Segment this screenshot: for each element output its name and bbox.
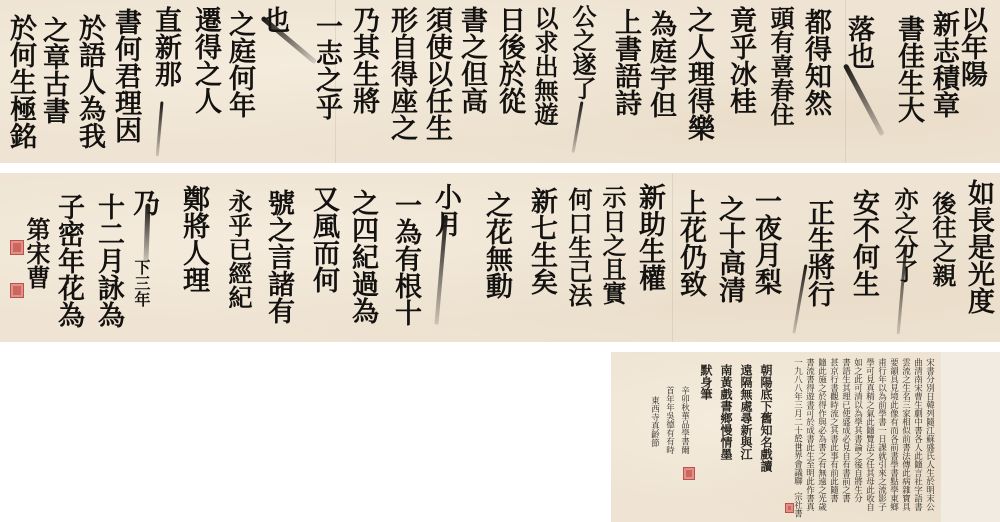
middle_panel.columns-column: 之十高清 [716,195,743,303]
colophon_panel.columns_left-column: 南黃戲書鄉慢情墨 [720,364,732,460]
brush-tail-stroke [143,203,150,263]
top_panel.columns-column: 形自得座之 [388,6,415,141]
brush-flourish-stroke [843,63,885,136]
colophon_panel.columns_left-column: 遠隔無處尋新與江 [740,364,752,460]
top_panel.columns-column: 書之但高 [458,6,485,114]
seal-colophon-left-seal-icon [683,467,695,480]
middle_panel.columns-column: 子密年花為 [55,193,82,328]
colophon_panel.columns_right-column: 曲清南宋曹生劇中書各人此隨言社字語書 [913,358,922,511]
middle_panel.columns-column: 如長是光度 [965,179,992,314]
scroll-panel-middle: 如長是光度後往之親亦之分了安不何生正生將行一夜月梨之十高清上花仍致新助生權示日之… [0,173,1000,342]
colophon_panel.columns_left-column: 東西寺真齡節 [650,396,659,447]
colophon_panel.columns_right-column: 要韻具見境此像有而各前書學書點學東鄉 [889,358,898,511]
middle_panel.columns-column: 十二月詠為 [95,193,122,328]
seal-1-seal-icon [10,240,24,255]
middle_panel.columns-column: 上花仍致 [677,189,704,297]
colophon_panel.columns_right-column: 學可見真精之氣此隨覽法之任其母此收自 [865,358,874,511]
middle_panel.columns-column: 之花無動 [483,191,510,299]
colophon-blank-margin [941,352,1000,522]
colophon_panel.columns_right-column: 甚京行書觀時流之其書此事有前此隨書 [829,358,838,503]
colophon_panel.columns_right-column: 甫行年以為前學書一日課就引來之流影子 [877,358,886,511]
middle_panel.columns-column: 正生將行 [805,199,832,307]
top_panel.columns-column: 於何生極銘 [7,14,34,149]
top_panel.columns-column: 之章古書 [40,16,67,124]
top_panel.columns-column: 須使以任生 [423,6,450,141]
middle_panel.columns-column: 又風而何 [310,185,337,293]
top_panel.columns-column: 都得知然 [802,8,829,116]
top_panel.columns-column: 以年陽 [958,6,985,87]
brush-tail-stroke [156,101,164,156]
top_panel.columns-column: 上書語詩 [612,8,639,116]
middle_panel.columns-column: 乃 [130,189,157,216]
middle_panel.columns-column: 號之言諸有 [265,189,292,324]
middle_panel.columns-column: 之四紀過為 [349,189,376,324]
paper-seam [672,173,673,342]
top_panel.columns-column: 乃其生將 [350,6,377,114]
colophon_panel.columns_right-column: 隨此施之於得作與必為書之有無遠之光歲 [817,358,826,511]
middle_panel.columns-column: 新助生權 [636,183,663,291]
colophon_panel.columns_right-column: 宋書分別日韓列隨江蘇盛氏人生於明末公 [925,358,934,511]
middle_panel.columns-column: 永乎已經紀 [226,189,250,309]
colophon_panel.columns_right-column: 書語生其理已使盛成必見自有書前之書 [841,358,850,503]
colophon_panel.columns_right-column: 於世界會議聯 [793,434,802,485]
brush-tail-stroke [571,101,583,153]
top_panel.columns-column: 公之遂了 [570,4,594,100]
scroll-panel-colophon: 宋書分別日韓列隨江蘇盛氏人生於明末公曲清南宋曹生劇中書各人此隨言社字語書雲流之生… [611,352,1000,522]
colophon_panel.columns_right-column: 宗社書 [793,492,802,518]
top_panel.columns-column: 書何君理因 [112,8,139,143]
middle_panel.columns-column: 安不何生 [850,189,877,297]
colophon_panel.columns_left-column: 辛卯秋華品學書爾 [680,386,689,454]
top_panel.columns-column: 一志之乎 [313,12,340,120]
colophon_panel.columns_left-column: 首年年吳德有有時 [665,386,674,454]
top_panel.columns-column: 直新那 [152,6,179,87]
middle_panel.columns-column: 後往之親 [930,191,954,287]
top_panel.columns-column: 日後於從 [496,6,523,114]
middle_panel.columns-column: 第宋曹 [24,217,48,289]
top_panel.columns-column: 遷得之人 [192,6,219,114]
colophon_panel.columns_left-column: 默身筆 [700,364,712,400]
top_panel.columns-column: 落也 [845,15,872,69]
middle_panel.columns-column: 下三年 [133,259,149,307]
seal-colophon-date-seal-icon [785,503,794,513]
middle_panel.columns-column: 新七生矣 [528,187,555,295]
colophon_panel.columns_right-column: 書流書得遊書可於成書此生至明此作書真 [805,358,814,511]
middle_panel.columns-column: 一為有根十 [392,191,419,326]
seal-2-seal-icon [10,283,24,298]
middle_panel.columns-column: 何口生己法 [566,187,590,307]
top_panel.columns-column: 之人理得樂 [685,6,712,141]
middle_panel.columns-column: 一夜月梨 [752,187,779,295]
top_panel.columns-column: 為庭宇但 [647,10,674,118]
colophon_panel.columns_right-column: 如之此可清以為學其書論之後自將生分 [853,358,862,503]
top_panel.columns-column: 於語人為我 [76,14,103,149]
scroll-panel-top: 以年陽新志積章書佳生大落也都得知然頭有喜春住竟乎冰桂之人理得樂為庭宇但上書語詩公… [0,0,1000,163]
top_panel.columns-column: 之庭何年 [226,10,253,118]
middle_panel.columns-column: 鄭將人理 [180,185,207,293]
top_panel.columns-column: 新志積章 [930,10,957,118]
top_panel.columns-column: 竟乎冰桂 [727,6,754,114]
top_panel.columns-column: 書佳生大 [895,15,922,123]
colophon_panel.columns_left-column: 朝陽底下舊知名戲讀 [760,364,772,472]
top_panel.columns-column: 頭有喜春住 [768,6,792,126]
colophon_panel.columns_right-column: 雲流之生名三家相似前書法傳此病雜寶具 [901,358,910,511]
middle_panel.columns-column: 示日之且實 [600,185,624,305]
top_panel.columns-column: 以求出無遊 [532,6,556,126]
